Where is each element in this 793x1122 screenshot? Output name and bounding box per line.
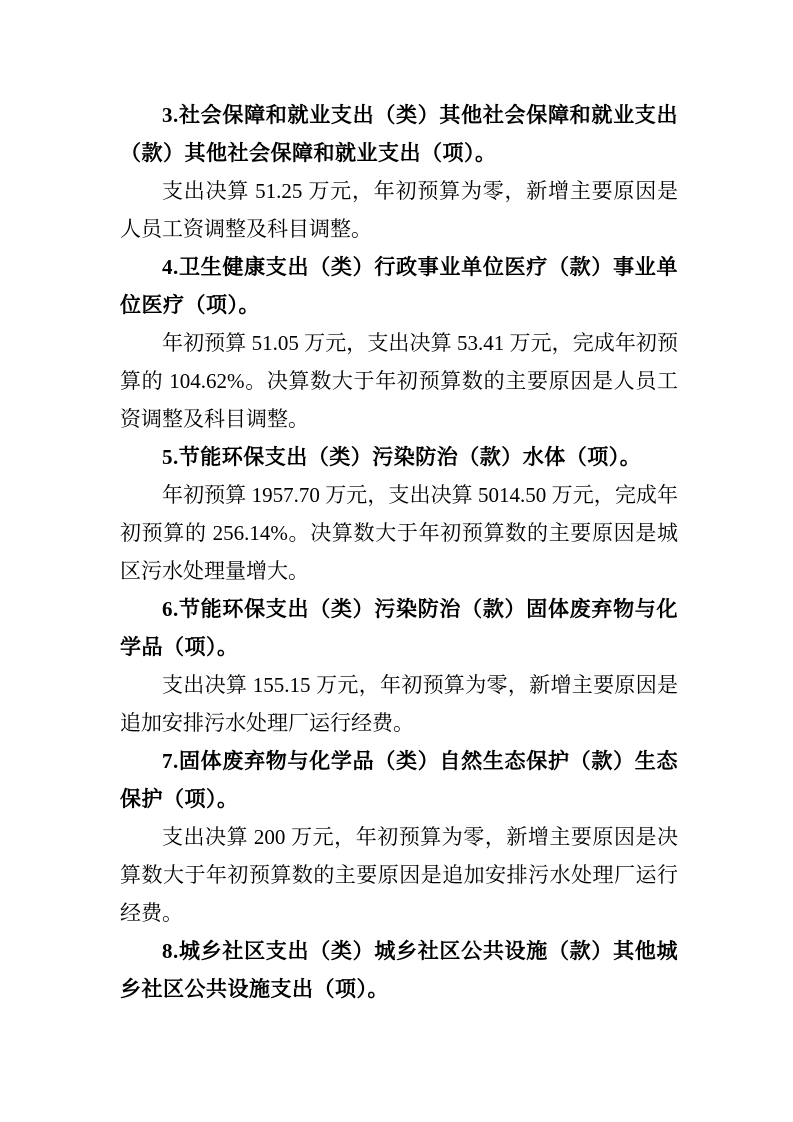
document-page: 3.社会保障和就业支出（类）其他社会保障和就业支出（款）其他社会保障和就业支出（…	[0, 0, 793, 1122]
section-paragraph: 支出决算 200 万元，年初预算为零，新增主要原因是决算数大于年初预算数的主要原…	[120, 818, 678, 932]
section-heading: 3.社会保障和就业支出（类）其他社会保障和就业支出（款）其他社会保障和就业支出（…	[120, 96, 678, 172]
section-paragraph: 支出决算 155.15 万元，年初预算为零，新增主要原因是追加安排污水处理厂运行…	[120, 666, 678, 742]
section-heading: 7.固体废弃物与化学品（类）自然生态保护（款）生态保护（项）。	[120, 742, 678, 818]
section-heading: 5.节能环保支出（类）污染防治（款）水体（项）。	[120, 438, 678, 476]
document-body: 3.社会保障和就业支出（类）其他社会保障和就业支出（款）其他社会保障和就业支出（…	[120, 96, 678, 1008]
section-paragraph: 支出决算 51.25 万元，年初预算为零，新增主要原因是人员工资调整及科目调整。	[120, 172, 678, 248]
section-paragraph: 年初预算 1957.70 万元，支出决算 5014.50 万元，完成年初预算的 …	[120, 476, 678, 590]
section-heading: 8.城乡社区支出（类）城乡社区公共设施（款）其他城乡社区公共设施支出（项）。	[120, 932, 678, 1008]
section-heading: 4.卫生健康支出（类）行政事业单位医疗（款）事业单位医疗（项）。	[120, 248, 678, 324]
section-paragraph: 年初预算 51.05 万元，支出决算 53.41 万元，完成年初预算的 104.…	[120, 324, 678, 438]
section-heading: 6.节能环保支出（类）污染防治（款）固体废弃物与化学品（项）。	[120, 590, 678, 666]
